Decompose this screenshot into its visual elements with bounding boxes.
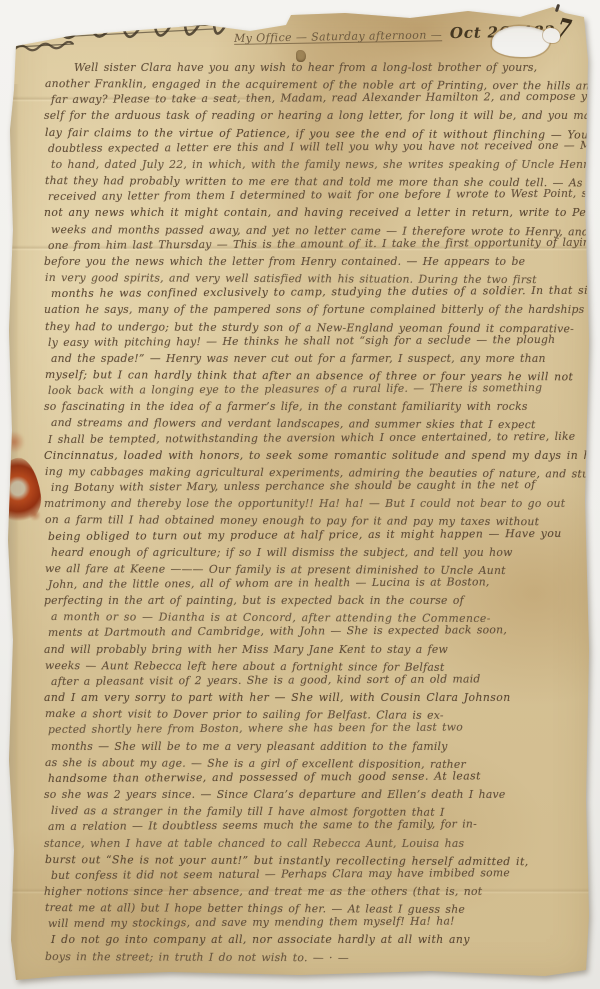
- letter-line: ing Botany with sister Mary, unless perc…: [44, 477, 584, 496]
- letter-line: one from him last Thursday — This is the…: [44, 234, 584, 253]
- crossed-out-scribble-small: [14, 41, 76, 53]
- letter-line: being obliged to turn out my produce at …: [44, 525, 584, 544]
- letter-line: ly easy with pitching hay! — He thinks h…: [44, 331, 584, 350]
- letter-line: perfecting in the art of painting, but i…: [44, 593, 584, 609]
- letter-body: Well sister Clara have you any wish to h…: [44, 60, 584, 965]
- letter-line: heard enough of agriculture; if so I wil…: [44, 545, 584, 561]
- letter-line: so fascinating in the idea of a farmer’s…: [44, 399, 584, 415]
- letter-line: before you the news which the letter fro…: [44, 254, 584, 270]
- letter-line: John, and the little ones, all of whom a…: [44, 574, 584, 593]
- scan-background: My Office — Saturday afternoon — Oct 26,…: [0, 0, 600, 989]
- letter-line: and will probably bring with her Miss Ma…: [44, 642, 584, 658]
- letter-line: months — She will be to me a very pleasa…: [44, 739, 584, 755]
- letter-line: look back with a longing eye to the plea…: [44, 380, 584, 399]
- letter-line: to hand, dated July 22, in which, with t…: [44, 157, 584, 173]
- wax-smudge: [4, 430, 24, 454]
- letter-line: self for the arduous task of reading or …: [44, 108, 584, 124]
- letter-line: pected shortly here from Boston, where s…: [44, 719, 584, 738]
- letter-line: months he was confined exclusively to ca…: [44, 283, 584, 302]
- letter-line: so she was 2 years since. — Since Clara’…: [44, 787, 584, 803]
- letter-line: boys in the street; in truth I do not wi…: [44, 949, 584, 968]
- letter-line: I do not go into company at all, nor ass…: [44, 932, 584, 948]
- paper-hole-small: [543, 28, 560, 43]
- small-tear-spot: [296, 50, 306, 62]
- letter-line: Cincinnatus, loaded with honors, to seek…: [44, 448, 584, 464]
- letter-line: received any letter from them I determin…: [44, 186, 584, 205]
- letter-line: after a pleasant visit of 2 years. She i…: [44, 671, 584, 690]
- letter-line: but confess it did not seem natural — Pe…: [44, 865, 584, 884]
- paper-fold-edge: [0, 84, 19, 982]
- paper-shadow-wrap: My Office — Saturday afternoon — Oct 26,…: [0, 0, 600, 989]
- letter-line: and the spade!” — Henry was never cut ou…: [44, 351, 584, 367]
- letter-line: ments at Dartmouth and Cambridge, with J…: [44, 622, 584, 641]
- letter-line: matrimony and thereby lose the opportuni…: [44, 496, 584, 512]
- letter-line: uation he says, many of the pampered son…: [44, 302, 584, 318]
- letter-line: higher notions since her absence, and tr…: [44, 884, 584, 900]
- letter-line: Well sister Clara have you any wish to h…: [44, 60, 584, 76]
- letter-line: stance, when I have at table chanced to …: [44, 836, 584, 852]
- letter-line: am a relation — It doubtless seems much …: [44, 816, 584, 835]
- letter-line: handsome than otherwise, and possessed o…: [44, 768, 584, 787]
- letter-line: not any news which it might contain, and…: [44, 205, 584, 221]
- dateline-place-time: My Office — Saturday afternoon —: [234, 28, 442, 45]
- letter-paper: My Office — Saturday afternoon — Oct 26,…: [0, 0, 600, 989]
- letter-line: and I am very sorry to part with her — S…: [44, 690, 584, 706]
- letter-line: I shall be tempted, notwithstanding the …: [44, 428, 584, 447]
- letter-line: will mend my stockings, and save my mend…: [44, 913, 584, 932]
- paper-hole: [492, 26, 550, 57]
- letter-line: doubtless expected a letter ere this and…: [44, 137, 584, 156]
- crossed-out-scribble: [13, 20, 258, 42]
- letter-line: far away? Please to take a seat, then, M…: [44, 89, 584, 108]
